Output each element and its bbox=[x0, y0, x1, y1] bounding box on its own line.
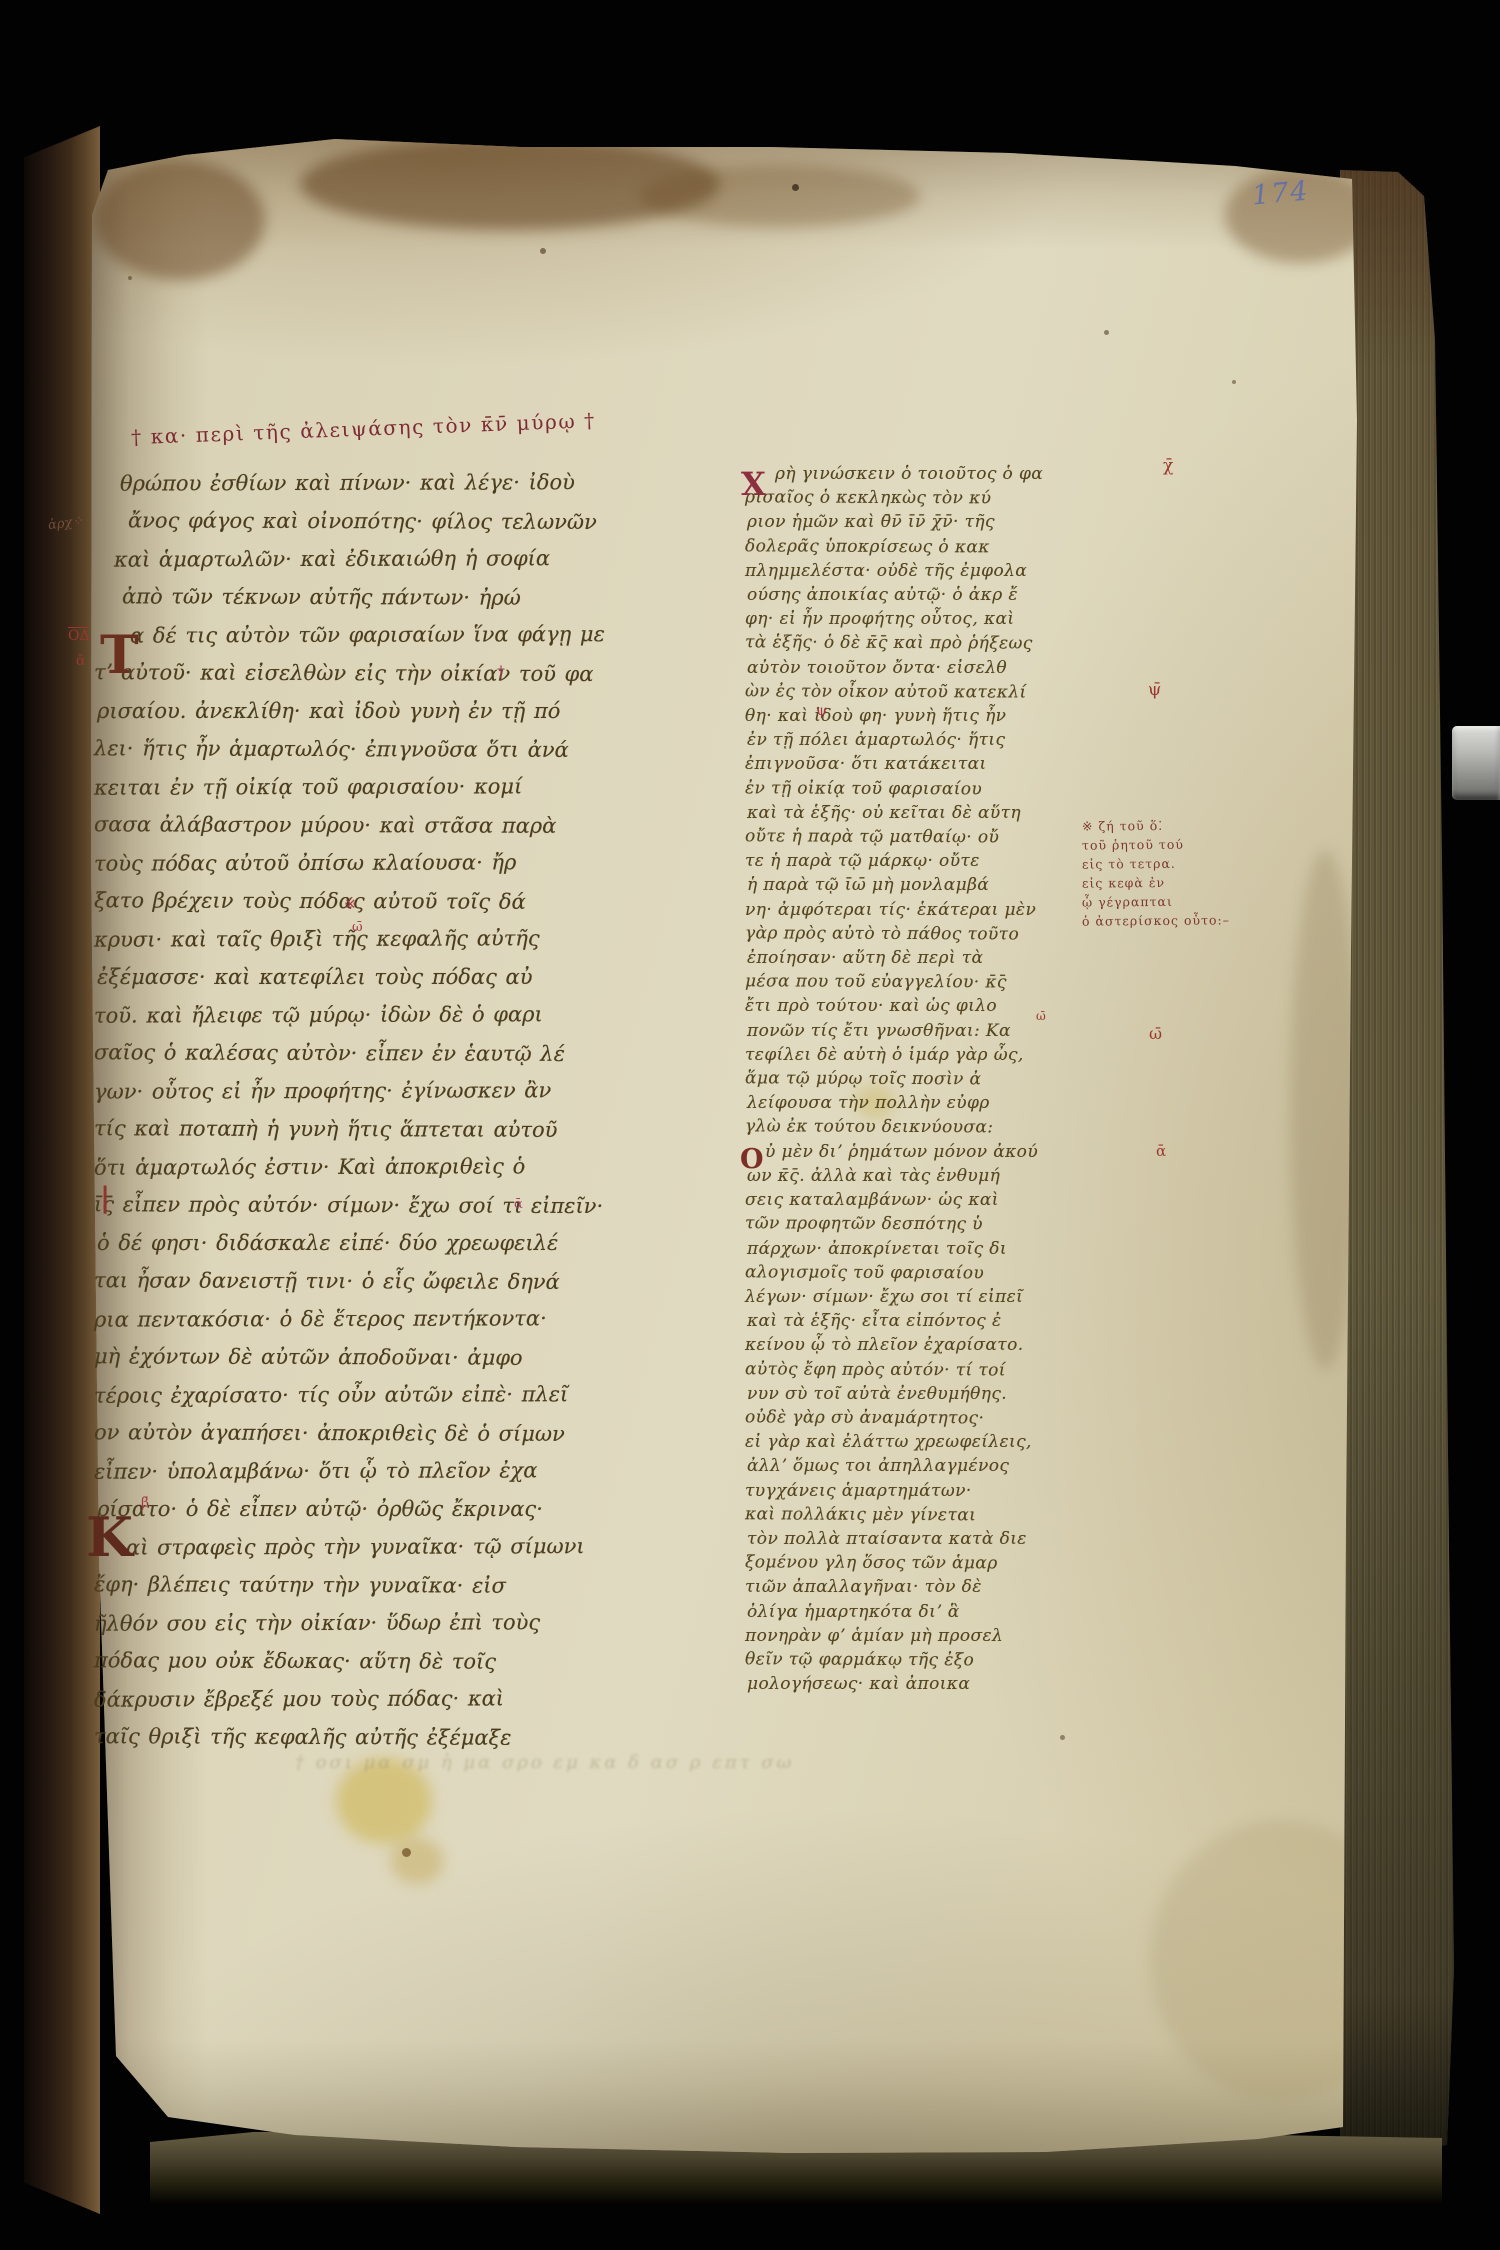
gospel-text-line: σαῖος ὁ καλέσας αὐτὸν· εἶπεν ἐν ἑαυτῷ λέ bbox=[94, 1033, 526, 1073]
gospel-text-line: ρισαίου. ἀνεκλίθη· καὶ ἰδοὺ γυνὴ ἐν τῇ π… bbox=[97, 692, 529, 730]
commentary-text-line: τὸν πολλὰ πταίσαντα κατὰ διε bbox=[747, 1527, 1079, 1551]
gospel-text-line: τέροις ἐχαρίσατο· τίς οὖν αὐτῶν εἰπὲ· πλ… bbox=[94, 1375, 526, 1414]
commentary-text-line: φη· εἰ ἦν προφήτης οὗτος, καὶ bbox=[745, 607, 1077, 631]
commentary-text-line: τυγχάνεις ἁμαρτημάτων· bbox=[745, 1479, 1077, 1503]
gospel-text-line: ἀπὸ τῶν τέκνων αὐτῆς πάντων· ἠρώ bbox=[94, 577, 526, 617]
speck bbox=[540, 248, 546, 254]
gospel-text-line: ἐξέμασσε· καὶ κατεφίλει τοὺς πόδας αὐ bbox=[97, 958, 529, 996]
commentary-text-line: ων κ̄ς̄. ἀλλὰ καὶ τὰς ἐνθυμή bbox=[747, 1164, 1079, 1188]
initial-chi: Χ bbox=[741, 468, 766, 500]
initial-omicron: Ο bbox=[740, 1146, 764, 1173]
stain bbox=[640, 165, 920, 227]
initial-kappa: Κ bbox=[86, 1510, 133, 1564]
commentary-text-line: δολερᾶς ὑποκρίσεως ὁ κακ bbox=[745, 534, 1077, 560]
commentary-text-line: κείνου ᾧ τὸ πλεῖον ἐχαρίσατο. bbox=[745, 1333, 1077, 1357]
yellow-stain bbox=[390, 1838, 444, 1884]
commentary-text-line: θη· καὶ ἰδοὺ φη· γυνὴ ἥτις ἦν bbox=[745, 704, 1077, 728]
omega-ref-margin: ω̄ bbox=[1149, 1026, 1162, 1042]
commentary-text-line: τῶν προφητῶν δεσπότης ὑ bbox=[745, 1212, 1077, 1238]
chi-ref-margin: χ̄ bbox=[1163, 458, 1173, 475]
commentary-text-line: πάρχων· ἀποκρίνεται τοῖς δι bbox=[747, 1237, 1079, 1261]
commentary-text-line: καὶ τὰ ἑξῆς· εἶτα εἰπόντος ἐ bbox=[747, 1309, 1079, 1333]
gospel-text-line: ὁ δέ φησι· διδάσκαλε εἰπέ· δύο χρεωφειλέ bbox=[97, 1224, 529, 1262]
commentary-text-line: πονηρὰν φʼ ἁμίαν μὴ προσελ bbox=[745, 1624, 1077, 1648]
commentary-text-line: τιῶν ἀπαλλαγῆναι· τὸν δὲ bbox=[745, 1575, 1077, 1599]
speck bbox=[402, 1848, 411, 1857]
gospel-text-line: ῑς̄ εἶπεν πρὸς αὐτόν· σίμων· ἔχω σοί τι … bbox=[94, 1185, 526, 1225]
commentary-text-line: ἐν τῇ οἰκίᾳ τοῦ φαρισαίου bbox=[745, 776, 1077, 802]
commentary-text-line: ἀλλʼ ὅμως τοι ἀπηλλαγμένος bbox=[747, 1454, 1079, 1478]
commentary-text-line: πλημμελέστα· οὐδὲ τῆς ἐμφολα bbox=[745, 559, 1077, 583]
commentary-text-line: νη· ἀμφότεραι τίς· ἑκάτεραι μὲν bbox=[745, 898, 1077, 922]
gospel-text-line: καὶ ἁμαρτωλῶν· καὶ ἐδικαιώθη ἡ σοφία bbox=[94, 539, 526, 578]
gospel-text-line: ρίσατο· ὁ δὲ εἶπεν αὐτῷ· ὀρθῶς ἔκρινας· bbox=[97, 1490, 529, 1528]
commentary-text-line: αὐτὸς ἔφη πρὸς αὐτόν· τί τοί bbox=[745, 1357, 1077, 1383]
gospel-text-line: γων· οὗτος εἰ ἦν προφήτης· ἐγίνωσκεν ἂν bbox=[94, 1071, 526, 1110]
gospel-text-line: α δέ τις αὐτὸν τῶν φαρισαίων ἵνα φάγῃ με bbox=[94, 615, 526, 654]
commentary-text-line: καὶ πολλάκις μὲν γίνεται bbox=[745, 1502, 1077, 1528]
commentary-text-line: μολογήσεως· καὶ ἀποικα bbox=[747, 1672, 1079, 1696]
gospel-text-line: σασα ἀλάβαστρον μύρου· καὶ στᾶσα παρὰ bbox=[94, 805, 526, 845]
gospel-text-line: ον αὐτὸν ἀγαπήσει· ἀποκριθεὶς δὲ ὁ σίμων bbox=[94, 1413, 526, 1453]
folio-number: 174 bbox=[1251, 176, 1311, 212]
margin-note-line: τοῦ ῥητοῦ τού bbox=[1082, 834, 1232, 854]
gospel-text-line: τοῦ. καὶ ἤλειφε τῷ μύρῳ· ἰδὼν δὲ ὁ φαρι bbox=[94, 995, 526, 1034]
commentary-text-line: λέγων· σίμων· ἔχω σοι τί εἰπεῖ bbox=[745, 1285, 1077, 1309]
commentary-text-line: καὶ τὰ ἑξῆς· οὐ κεῖται δὲ αὕτη bbox=[747, 801, 1079, 825]
commentary-text-line: ὐ μὲν διʼ ῥημάτων μόνον ἀκού bbox=[745, 1140, 1077, 1164]
margin-cross-reference-note: ※ ζή τοῦ ὅ⁚τοῦ ῥητοῦ τούεἰς τὸ τετρα.εἰς… bbox=[1082, 816, 1232, 930]
commentary-text-line: ρισαῖος ὁ κεκληκὼς τὸν κύ bbox=[745, 485, 1077, 511]
paragraph-pipe: | bbox=[100, 1184, 110, 1212]
commentary-text-line: ἐποίησαν· αὕτη δὲ περὶ τὰ bbox=[747, 946, 1079, 970]
speck bbox=[1060, 1735, 1065, 1740]
psi-ref-margin: ψ̄ bbox=[1148, 682, 1161, 699]
gospel-text-line: ὅτι ἁμαρτωλός ἐστιν· Καὶ ἀποκριθεὶς ὁ bbox=[94, 1147, 526, 1186]
commentary-text-line: αλογισμοῖς τοῦ φαρισαίου bbox=[745, 1260, 1077, 1286]
commentary-text-line: ριον ἡμῶν καὶ θ̄ν̄ ῑν̄ χ̄ν̄· τῆς bbox=[747, 510, 1079, 534]
gospel-text-line: ταῖς θριξὶ τῆς κεφαλῆς αὐτῆς ἐξέμαξε bbox=[94, 1717, 526, 1757]
commentary-text-line: τὰ ἑξῆς· ὁ δὲ κ̄ς̄ καὶ πρὸ ῥήξεως bbox=[745, 631, 1077, 657]
manuscript-photo: { "page": { "number": "174" }, "header":… bbox=[0, 0, 1500, 2250]
commentary-text-line: ὼν ἐς τὸν οἶκον αὐτοῦ κατεκλί bbox=[745, 679, 1077, 705]
commentary-text-line: αὐτὸν τοιοῦτον ὄντα· εἰσελθ bbox=[747, 656, 1079, 680]
gospel-text-line: τʼ αὐτοῦ· καὶ εἰσελθὼν εἰς τὴν οἰκίαν το… bbox=[94, 653, 526, 693]
commentary-text-line: σεις καταλαμβάνων· ὡς καὶ bbox=[745, 1188, 1077, 1212]
gospel-text-line: τίς καὶ ποταπὴ ἡ γυνὴ ἥτις ἅπτεται αὐτοῦ bbox=[94, 1109, 526, 1149]
omega-ref-inline: ω̄ bbox=[1036, 1010, 1046, 1022]
commentary-text-line: οὐδὲ γὰρ σὺ ἀναμάρτητος· bbox=[745, 1405, 1077, 1431]
commentary-text-line: ἡ παρὰ τῷ ῑω̄ μὴ μονλαμβά bbox=[747, 873, 1079, 897]
gospel-text-line: δάκρυσιν ἔβρεξέ μου τοὺς πόδας· καὶ bbox=[94, 1679, 526, 1718]
alpha-ref-margin: ᾱ bbox=[1156, 1144, 1166, 1159]
omega-ref-mark: ω̄ bbox=[352, 921, 363, 934]
gospel-text-line: κειται ἐν τῇ οἰκίᾳ τοῦ φαρισαίου· κομί bbox=[94, 767, 526, 806]
commentary-text-line: ἅμα τῷ μύρῳ τοῖς ποσὶν ἀ bbox=[745, 1066, 1077, 1092]
commentary-text-line: γὰρ πρὸς αὐτὸ τὸ πάθος τοῦτο bbox=[745, 921, 1077, 947]
speck bbox=[128, 276, 132, 280]
speck bbox=[1232, 380, 1236, 384]
gospel-text-column: θρώπου ἐσθίων καὶ πίνων· καὶ λέγε· ἰδοὺἄ… bbox=[94, 464, 526, 1756]
gospel-text-line: αὶ στραφεὶς πρὸς τὴν γυναῖκα· τῷ σίμωνι bbox=[94, 1527, 526, 1566]
kephalaion-sub-alpha: ᾱ bbox=[76, 654, 85, 668]
margin-note-line: ᾧ γέγραπται bbox=[1082, 891, 1232, 911]
book-spine-gutter bbox=[24, 126, 100, 2214]
gospel-text-line: θρώπου ἐσθίων καὶ πίνων· καὶ λέγε· ἰδοὺ bbox=[94, 463, 526, 502]
commentary-text-line: τε ἡ παρὰ τῷ μάρκῳ· οὔτε bbox=[745, 849, 1077, 873]
book-fore-edge-pages bbox=[1340, 170, 1458, 2152]
gospel-text-line: πόδας μου οὐκ ἔδωκας· αὕτη δὲ τοῖς bbox=[94, 1641, 526, 1681]
margin-note-line: εἰς κεφὰ ἐν bbox=[1082, 872, 1232, 892]
commentary-text-line: θεῖν τῷ φαρμάκῳ τῆς ἐξο bbox=[745, 1647, 1077, 1673]
gospel-text-line: τοὺς πόδας αὐτοῦ ὀπίσω κλαίουσα· ἤρ bbox=[94, 843, 526, 882]
gospel-text-line: ξατο βρέχειν τοὺς πόδας αὐτοῦ τοῖς δά bbox=[94, 881, 526, 921]
commentary-text-line: ἔτι πρὸ τούτου· καὶ ὡς φιλο bbox=[745, 994, 1077, 1018]
alpha-ref-inline: ᾱ bbox=[514, 1198, 523, 1211]
stain bbox=[95, 160, 265, 280]
gospel-text-line: ῆλθόν σου εἰς τὴν οἰκίαν· ὕδωρ ἐπὶ τοὺς bbox=[94, 1603, 526, 1642]
speck bbox=[1104, 330, 1109, 335]
gospel-text-line: ἄνος φάγος καὶ οἰνοπότης· φίλος τελωνῶν bbox=[94, 501, 526, 541]
gospel-text-line: ρια πεντακόσια· ὁ δὲ ἕτερος πεντήκοντα· bbox=[94, 1299, 526, 1338]
margin-note-line: ※ ζή τοῦ ὅ⁚ bbox=[1082, 815, 1232, 835]
lection-cross-mark: † bbox=[497, 664, 505, 680]
gospel-text-line: μὴ ἐχόντων δὲ αὐτῶν ἀποδοῦναι· ἀμφο bbox=[94, 1337, 526, 1377]
commentary-text-line: νυν σὺ τοῖ αὐτὰ ἐνεθυμήθης. bbox=[747, 1382, 1079, 1406]
gospel-text-line: κρυσι· καὶ ταῖς θριξὶ τῆς κεφαλῆς αὐτῆς bbox=[94, 919, 526, 958]
commentary-text-line: γλὼ ἐκ τούτου δεικνύουσα: bbox=[745, 1115, 1077, 1141]
asterisk-ref-mark: ※ bbox=[344, 897, 357, 912]
commentary-text-line: μέσα που τοῦ εὐαγγελίου· κ̄ς̄ bbox=[745, 970, 1077, 996]
commentary-text-line: ούσης ἀποικίας αὐτῷ· ὁ ἀκρ ἔ bbox=[747, 583, 1079, 607]
commentary-text-line: ὀλίγα ἡμαρτηκότα διʼ ἃ bbox=[747, 1600, 1079, 1624]
commentary-text-line: ρὴ γινώσκειν ὁ τοιοῦτος ὁ φα bbox=[745, 462, 1077, 486]
initial-tau: Τ bbox=[100, 630, 139, 682]
beta-ref-mark: β̄ bbox=[141, 1496, 149, 1510]
commentary-text-line: ἐν τῇ πόλει ἁμαρτωλός· ἥτις bbox=[747, 728, 1079, 752]
gospel-text-line: λει· ἥτις ἦν ἁμαρτωλός· ἐπιγνοῦσα ὅτι ἀν… bbox=[94, 729, 526, 769]
commentary-text-line: πονῶν τίς ἔτι γνωσθῆναι: Κα bbox=[747, 1019, 1079, 1043]
commentary-column: ρὴ γινώσκειν ὁ τοιοῦτος ὁ φαρισαῖος ὁ κε… bbox=[745, 462, 1077, 1696]
psi-ref-inline: ψ bbox=[816, 704, 827, 718]
commentary-text-line: τεφίλει δὲ αὐτὴ ὁ ἱμάρ γὰρ ὦς, bbox=[745, 1043, 1077, 1067]
margin-note-line: ὁ ἀστερίσκος οὗτο:– bbox=[1082, 910, 1232, 930]
gospel-text-line: ται ἦσαν δανειστῇ τινι· ὁ εἷς ὤφειλε δην… bbox=[94, 1261, 526, 1301]
gospel-text-line: ἔφη· βλέπεις ταύτην τὴν γυναῖκα· εἰσ bbox=[94, 1565, 526, 1605]
commentary-text-line: ἐπιγνοῦσα· ὅτι κατάκειται bbox=[745, 752, 1077, 776]
margin-note-line: εἰς τὸ τετρα. bbox=[1082, 853, 1232, 873]
kephalaion-number-od: ΟΔ bbox=[68, 629, 90, 643]
commentary-text-line: εἰ γὰρ καὶ ἐλάττω χρεωφείλεις, bbox=[745, 1430, 1077, 1454]
metal-page-clip bbox=[1452, 726, 1500, 800]
commentary-text-line: ξομένου γλη ὅσος τῶν ἁμαρ bbox=[745, 1550, 1077, 1576]
gospel-text-line: εἶπεν· ὑπολαμβάνω· ὅτι ᾧ τὸ πλεῖον ἐχα bbox=[94, 1451, 526, 1490]
commentary-text-line: λείφουσα τὴν πολλὴν εὐφρ bbox=[747, 1091, 1079, 1115]
commentary-text-line: οὔτε ἡ παρὰ τῷ ματθαίῳ· οὔ bbox=[745, 824, 1077, 850]
speck bbox=[792, 184, 799, 191]
